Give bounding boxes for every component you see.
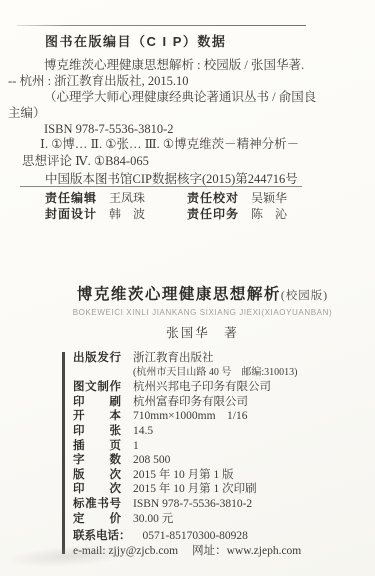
- staff-cell: 责任印务 陈 沁: [187, 207, 329, 223]
- colophon-row-isbn: 标准书号 ISBN 978-7-5536-3810-2: [73, 497, 363, 512]
- cip-line: -- 杭州 : 浙江教育出版社, 2015.10: [8, 73, 328, 89]
- staff-name: 吴颖华: [251, 191, 287, 207]
- scan-smudge-artifact: [5, 541, 136, 570]
- staff-cell: 责任编辑 王凤珠: [45, 191, 187, 207]
- colophon-label: 印张: [73, 424, 121, 439]
- colophon-label: 定价: [73, 512, 121, 527]
- colophon-value: 2015 年 10 月第 1 次印刷: [133, 482, 257, 497]
- publisher-address: (杭州市天目山路 40 号 邮编:310013): [133, 366, 297, 381]
- website-url: www.zjeph.com: [227, 544, 302, 559]
- colophon-row-price: 定价 30.00 元: [73, 512, 363, 527]
- cip-line: 主编）: [8, 105, 328, 121]
- colophon-value: 浙江教育出版社: [133, 351, 214, 366]
- cip-line: （心理学大师心理健康经典论著通识丛书 / 俞国良: [8, 89, 328, 105]
- colophon-value: ISBN 978-7-5536-3810-2: [133, 497, 252, 512]
- colophon-row-typesetting: 图文制作 杭州兴邦电子印务有限公司: [73, 380, 363, 395]
- copyright-page: 图书在版编目（C I P）数据 博克维茨心理健康思想解析 : 校园版 / 张国华…: [0, 0, 375, 576]
- staff-name: 王凤珠: [109, 191, 145, 207]
- colophon-value: 14.5: [133, 424, 153, 439]
- colophon-row-format: 开本 710mm×1000mm 1/16: [73, 409, 363, 424]
- mid-divider: [20, 186, 302, 187]
- colophon-label: 标准书号: [73, 497, 121, 512]
- colophon-value: 208 500: [133, 453, 170, 468]
- staff-row: 封面设计 韩 波 责任印务 陈 沁: [45, 207, 345, 223]
- cip-heading: 图书在版编目（C I P）数据: [45, 31, 226, 50]
- colophon-label: 图文制作: [73, 380, 121, 395]
- book-edition: (校园版): [281, 290, 328, 302]
- staff-role: 责任印务: [187, 207, 239, 223]
- cip-line: 博克维茨心理健康思想解析 : 校园版 / 张国华著.: [8, 57, 328, 73]
- colophon-row-inserts: 插页 1: [73, 439, 363, 454]
- top-divider: [17, 25, 306, 26]
- colophon-row-address: (杭州市天目山路 40 号 邮编:310013): [73, 366, 363, 381]
- classification-line: Ⅰ. ①博… Ⅱ. ①张… Ⅲ. ①博克维茨－精神分析－: [22, 136, 332, 153]
- cip-isbn: ISBN 978-7-5536-3810-2: [8, 121, 328, 137]
- colophon-value: 杭州富春印务有限公司: [133, 395, 248, 410]
- colophon-row-phone: 联系电话： 0571-85170300-80928: [73, 529, 363, 544]
- colophon-value: 710mm×1000mm 1/16: [133, 409, 247, 424]
- cip-registry-number: 中国版本图书馆CIP数据核字(2015)第244716号: [45, 169, 298, 187]
- book-title: 博克维茨心理健康思想解析: [77, 286, 281, 303]
- colophon-label: 印次: [73, 482, 121, 497]
- colophon-label: 开本: [73, 409, 121, 424]
- website-label: 网址：: [192, 544, 227, 559]
- colophon-label: 出版发行: [73, 351, 121, 366]
- colophon: 出版发行 浙江教育出版社 (杭州市天目山路 40 号 邮编:310013) 图文…: [73, 351, 363, 558]
- staff-row: 责任编辑 王凤珠 责任校对 吴颖华: [45, 191, 345, 207]
- colophon-left-bar: [62, 352, 65, 554]
- colophon-row-printer: 印刷 杭州富春印务有限公司: [73, 395, 363, 410]
- staff-role: 责任校对: [187, 191, 239, 207]
- book-title-block: 博克维茨心理健康思想解析(校园版) BOKEWEICI XINLI JIANKA…: [30, 282, 375, 341]
- colophon-label: 字数: [73, 453, 121, 468]
- classification-line: 思想评论 Ⅳ. ①B84-065: [22, 153, 332, 170]
- colophon-value: 30.00 元: [133, 512, 173, 527]
- cip-record: 博克维茨心理健康思想解析 : 校园版 / 张国华著. -- 杭州 : 浙江教育出…: [8, 57, 328, 137]
- staff-cell: 封面设计 韩 波: [45, 207, 187, 223]
- colophon-label: 印刷: [73, 395, 121, 410]
- cip-classification: Ⅰ. ①博… Ⅱ. ①张… Ⅲ. ①博克维茨－精神分析－ 思想评论 Ⅳ. ①B8…: [22, 136, 332, 169]
- staff-name: 陈 沁: [251, 207, 287, 223]
- colophon-label: 插页: [73, 439, 121, 454]
- colophon-value: 2015 年 10 月第 1 版: [133, 468, 234, 483]
- staff-name: 韩 波: [109, 207, 145, 223]
- book-author: 张国华 著: [30, 323, 375, 341]
- colophon-row-impression: 印次 2015 年 10 月第 1 次印刷: [73, 482, 363, 497]
- colophon-row-publisher: 出版发行 浙江教育出版社: [73, 351, 363, 366]
- colophon-row-wordcount: 字数 208 500: [73, 453, 363, 468]
- colophon-value: 1: [133, 439, 139, 454]
- colophon-row-edition: 版次 2015 年 10 月第 1 版: [73, 468, 363, 483]
- staff-role: 封面设计: [45, 207, 97, 223]
- colophon-label: 版次: [73, 468, 121, 483]
- staff-cell: 责任校对 吴颖华: [187, 191, 329, 207]
- book-title-pinyin: BOKEWEICI XINLI JIANKANG SIXIANG JIEXI(X…: [30, 308, 375, 317]
- staff-role: 责任编辑: [45, 191, 97, 207]
- colophon-value: 杭州兴邦电子印务有限公司: [133, 380, 271, 395]
- colophon-row-sheets: 印张 14.5: [73, 424, 363, 439]
- phone-number: 0571-85170300-80928: [143, 529, 248, 544]
- book-title-line: 博克维茨心理健康思想解析(校园版): [30, 282, 375, 304]
- staff-credits: 责任编辑 王凤珠 责任校对 吴颖华 封面设计 韩 波 责任印务 陈 沁: [45, 191, 345, 222]
